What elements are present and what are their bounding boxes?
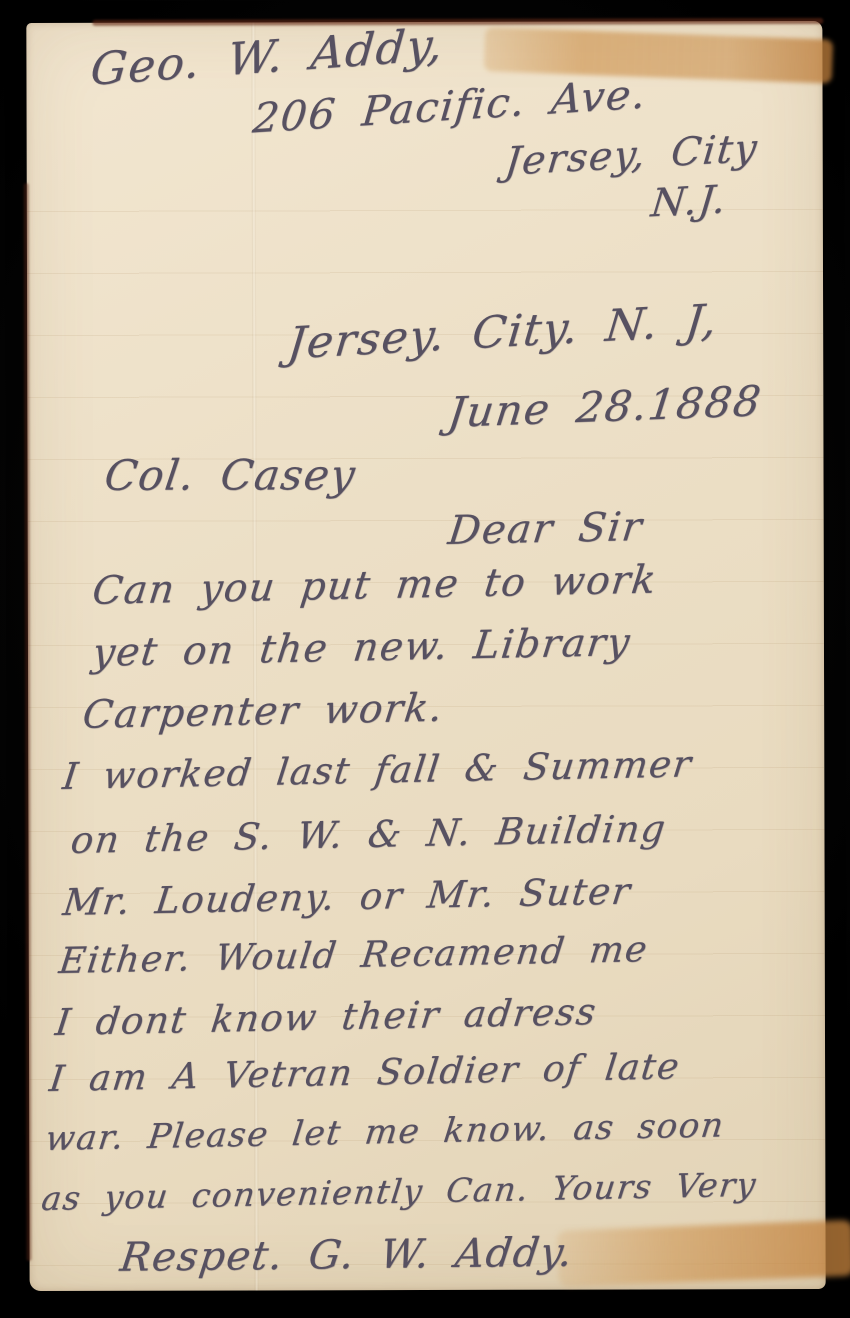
sender-state-line: N.J. [649,177,729,226]
body-line: Can you put me to work [90,558,660,614]
photo-background: Geo. W. Addy, 206 Pacific. Ave. Jersey, … [0,0,850,1318]
body-line: war. Please let me know. as soon [43,1105,726,1159]
body-line: I worked last fall & Summer [60,742,694,798]
signature-line: Respet. G. W. Addy. [118,1230,577,1281]
body-line: Mr. Loudeny. or Mr. Suter [61,870,634,924]
tape-stain-bottom [557,1220,850,1287]
body-line: on the S. W. & N. Building [69,807,669,862]
sender-city-line: Jersey, City [503,126,760,185]
sender-street-line: 206 Pacific. Ave. [251,70,649,143]
salutation-line: Dear Sir [446,504,646,554]
body-line: as you conveniently Can. Yours Very [39,1165,759,1218]
body-line: I am A Vetran Soldier of late [47,1046,682,1100]
dateline-date: June 28.1888 [445,376,764,437]
paper-top-edge [92,18,823,26]
letter-paper: Geo. W. Addy, 206 Pacific. Ave. Jersey, … [26,21,825,1291]
body-line: Either. Would Recamend me [57,929,651,982]
sender-name-line: Geo. W. Addy, [89,18,446,96]
recipient-line: Col. Casey [102,450,360,500]
dateline-place: Jersey. City. N. J, [285,295,720,369]
paper-left-edge [24,183,32,1261]
body-line: yet on the new. Library [90,620,633,676]
body-line: Carpenter work. [80,686,446,738]
body-line: I dont know their adress [53,990,599,1044]
tape-stain-top [484,27,833,83]
